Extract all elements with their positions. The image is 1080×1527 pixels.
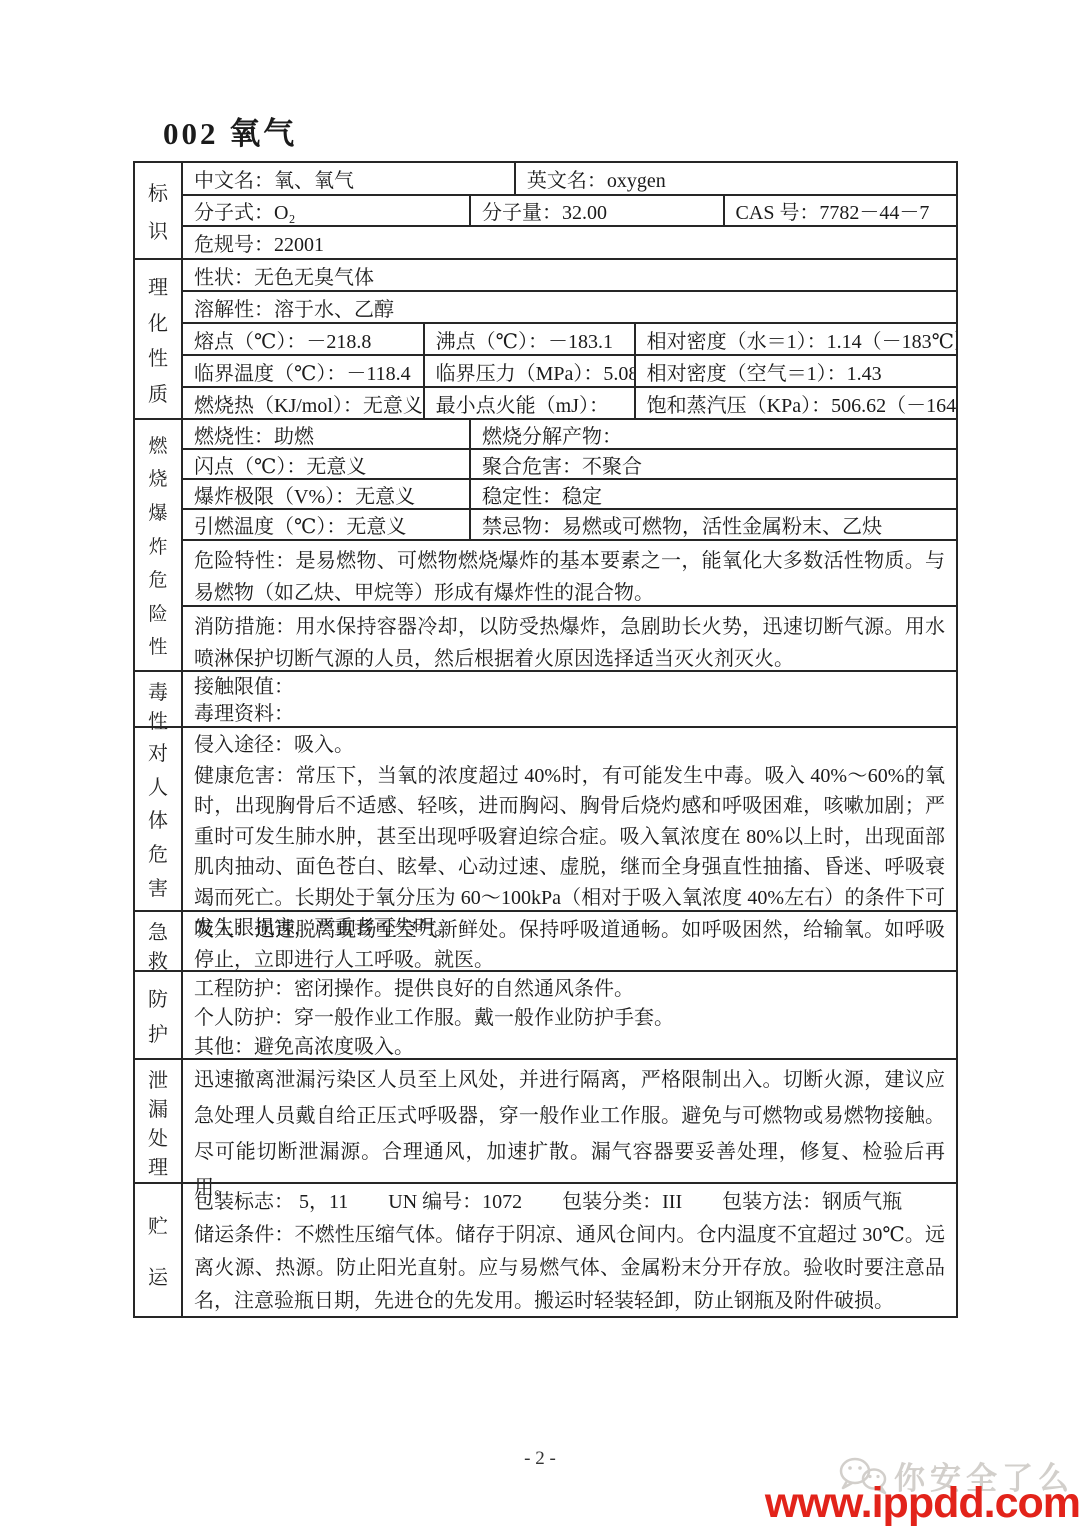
field-polymerization-hazard: 聚合危害：不聚合: [469, 450, 956, 478]
section-fire-explosion-hazard: 燃烧爆炸危险性 燃烧性：助燃 燃烧分解产物： 闪点（℃）：无意义 聚合危害：不聚…: [135, 418, 956, 670]
field-melting-point: 熔点（℃）：－218.8: [183, 324, 423, 354]
field-density-water: 相对密度（水＝1）：1.14（－183℃）: [634, 324, 956, 354]
section-health-hazard: 对人体危害 侵入途径：吸入。 健康危害：常压下，当氧的浓度超过 40%时，有可能…: [135, 726, 956, 910]
section-identification: 标识 中文名：氧、氧气 英文名：oxygen 分子式：O₂ 分子量：32.00 …: [135, 163, 956, 258]
field-formula: 分子式：O₂: [183, 196, 469, 225]
field-critical-temp: 临界温度（℃）：－118.4: [183, 356, 423, 386]
section-label-fire-explosion: 燃烧爆炸危险性: [135, 420, 183, 670]
section-label-first-aid: 急救: [135, 912, 183, 970]
field-sat-vapor-pressure: 饱和蒸汽压（KPa）：506.62（－164℃）: [634, 388, 956, 418]
field-en-name: 英文名：oxygen: [514, 163, 956, 194]
section-leak-handling: 泄漏处理 迅速撤离泄漏污染区人员至上风处，并进行隔离，严格限制出入。切断火源，建…: [135, 1058, 956, 1182]
section-label-leak-handling: 泄漏处理: [135, 1060, 183, 1182]
field-hazard-characteristics: 危险特性：是易燃物、可燃物燃烧爆炸的基本要素之一，能氧化大多数活性物质。与易燃物…: [183, 541, 956, 605]
field-first-aid-inhalation: 吸入：迅速脱离现场至空气新鲜处。保持呼吸道通畅。如呼吸困然，给输氧。如呼吸停止，…: [183, 912, 956, 977]
field-exposure-limit: 接触限值：: [194, 674, 945, 701]
field-personal-protection: 个人防护：穿一般作业工作服。戴一般作业防护手套。: [194, 1004, 945, 1033]
field-solubility: 溶解性：溶于水、乙醇: [183, 292, 956, 322]
field-engineering-protection: 工程防护：密闭操作。提供良好的自然通风条件。: [194, 975, 945, 1004]
field-mol-weight: 分子量：32.00: [469, 196, 723, 225]
field-critical-pressure: 临界压力（MPa）：5.08: [423, 356, 634, 386]
page-title: 002 氧气: [163, 108, 297, 153]
field-density-air: 相对密度（空气＝1）：1.43: [634, 356, 956, 386]
section-label-protection: 防护: [135, 972, 183, 1058]
field-incompatibles: 禁忌物：易燃或可燃物，活性金属粉末、乙炔: [469, 510, 956, 539]
field-boiling-point: 沸点（℃）：－183.1: [423, 324, 634, 354]
section-label-identification: 标识: [135, 163, 183, 258]
section-protection: 防护 工程防护：密闭操作。提供良好的自然通风条件。 个人防护：穿一般作业工作服。…: [135, 970, 956, 1058]
field-explosion-limit: 爆炸极限（V%）：无意义: [183, 480, 469, 508]
field-tox-data: 毒理资料：: [194, 701, 945, 728]
field-stability: 稳定性：稳定: [469, 480, 956, 508]
field-combustion-heat: 燃烧热（KJ/mol）：无意义: [183, 388, 423, 418]
field-flammability: 燃烧性：助燃: [183, 420, 469, 448]
field-packaging: 包装标志： 5，11 UN 编号：1072 包装分类：III 包装方法：钢质气瓶: [194, 1186, 945, 1219]
field-ignition-temp: 引燃温度（℃）：无意义: [183, 510, 469, 539]
msds-table: 标识 中文名：氧、氧气 英文名：oxygen 分子式：O₂ 分子量：32.00 …: [133, 161, 958, 1318]
section-label-physical: 理化性质: [135, 260, 183, 418]
document-page: 002 氧气 标识 中文名：氧、氧气 英文名：oxygen 分子式：O₂ 分子量…: [0, 0, 1080, 1527]
field-fire-fighting: 消防措施：用水保持容器冷却，以防受热爆炸，急剧助长火势，迅速切断气源。用水喷淋保…: [183, 607, 956, 677]
field-danger-code: 危规号：22001: [183, 227, 956, 258]
section-first-aid: 急救 吸入：迅速脱离现场至空气新鲜处。保持呼吸道通畅。如呼吸困然，给输氧。如呼吸…: [135, 910, 956, 970]
section-label-health-hazard: 对人体危害: [135, 728, 183, 910]
section-label-toxicity: 毒性: [135, 672, 183, 726]
field-entry-route: 侵入途径：吸入。: [194, 730, 945, 761]
field-cn-name: 中文名：氧、氧气: [183, 163, 514, 194]
field-decomposition-products: 燃烧分解产物：: [469, 420, 956, 448]
section-storage-transport: 贮运 包装标志： 5，11 UN 编号：1072 包装分类：III 包装方法：钢…: [135, 1182, 956, 1316]
field-storage-conditions: 储运条件：不燃性压缩气体。储存于阴凉、通风仓间内。仓内温度不宜超过 30℃。远离…: [194, 1219, 945, 1318]
field-cas-number: CAS 号：7782－44－7: [723, 196, 956, 225]
field-flash-point: 闪点（℃）：无意义: [183, 450, 469, 478]
watermark-url: www.ippdd.com: [765, 1482, 1080, 1525]
section-label-storage: 贮运: [135, 1184, 183, 1316]
section-physical-properties: 理化性质 性状：无色无臭气体 溶解性：溶于水、乙醇 熔点（℃）：－218.8 沸…: [135, 258, 956, 418]
section-toxicity: 毒性 接触限值： 毒理资料：: [135, 670, 956, 726]
field-min-ignition-energy: 最小点火能（mJ）：: [423, 388, 634, 418]
field-appearance: 性状：无色无臭气体: [183, 260, 956, 290]
